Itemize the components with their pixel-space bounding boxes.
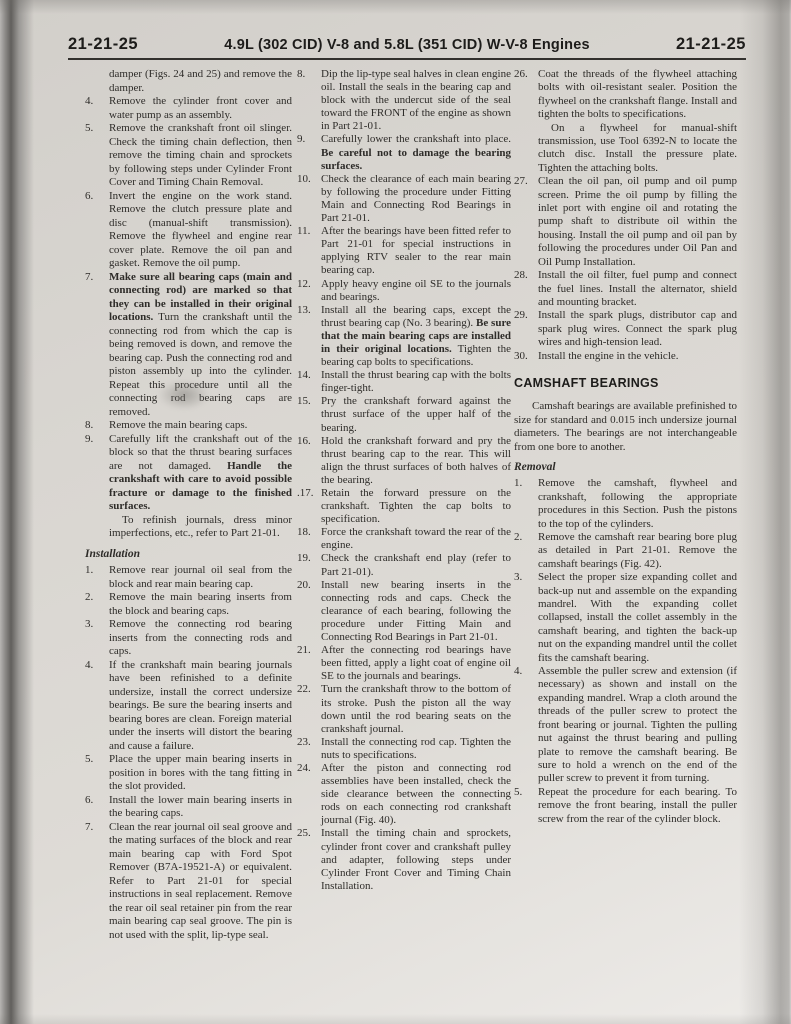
step-text-run: Install the spark plugs, distributor cap… — [538, 309, 737, 348]
numbered-step: 5.Remove the crankshaft front oil slinge… — [85, 122, 292, 190]
step-text: damper (Figs. 24 and 25) and remove the … — [109, 68, 292, 95]
step-text-run: After the connecting rod bearings have b… — [321, 644, 511, 682]
step-number: 27. — [514, 175, 538, 188]
step-text: Force the crankshaft toward the rear of … — [321, 526, 511, 552]
step-text-run: damper (Figs. 24 and 25) and remove the … — [109, 68, 292, 94]
numbered-step: 9.Carefully lower the crankshaft into pl… — [297, 133, 511, 172]
numbered-step: 16.Hold the crankshaft forward and pry t… — [297, 435, 511, 487]
step-number: 5. — [85, 122, 109, 136]
step-text: Remove the crankshaft front oil slinger.… — [109, 122, 292, 190]
step-number: 6. — [85, 190, 109, 204]
step-text: Assemble the puller screw and extension … — [538, 665, 737, 786]
step-text-run: Remove the crankshaft front oil slinger.… — [109, 122, 292, 188]
step-text: Invert the engine on the work stand. Rem… — [109, 190, 292, 271]
step-number: 14. — [297, 369, 321, 382]
step-number: 22. — [297, 683, 321, 696]
step-number: 5. — [85, 753, 109, 767]
step-number: 23. — [297, 736, 321, 749]
step-text: Remove the camshaft, flywheel and cranks… — [538, 477, 737, 531]
step-text-run: Remove the connecting rod bearing insert… — [109, 618, 292, 657]
step-text: Make sure all bearing caps (main and con… — [109, 271, 292, 420]
numbered-step: .17.Retain the forward pressure on the c… — [297, 487, 511, 526]
step-text-run: If the crankshaft main bearing journals … — [109, 659, 292, 752]
step-number: 20. — [297, 579, 321, 592]
step-text-run: Install the lower main bearing inserts i… — [109, 794, 292, 820]
numbered-step: 5.Repeat the procedure for each bearing.… — [514, 786, 737, 826]
numbered-step: 8.Dip the lip-type seal halves in clean … — [297, 68, 511, 133]
numbered-step: 12.Apply heavy engine oil SE to the jour… — [297, 278, 511, 304]
step-number: 10. — [297, 173, 321, 186]
step-text-run: Select the proper size expanding collet … — [538, 571, 737, 663]
step-text-run: Clean the rear journal oil seal groove a… — [109, 821, 292, 941]
numbered-step: 8.Remove the main bearing caps. — [85, 419, 292, 433]
subsection-heading: Removal — [514, 461, 737, 474]
step-text: Check the crankshaft end play (refer to … — [321, 552, 511, 578]
step-text: Apply heavy engine oil SE to the journal… — [321, 278, 511, 304]
step-number: 26. — [514, 68, 538, 81]
step-text-run: Hold the crankshaft forward and pry the … — [321, 435, 511, 486]
step-text-run: Install the thrust bearing cap with the … — [321, 369, 511, 394]
numbered-step: 11.After the bearings have been fitted r… — [297, 225, 511, 277]
step-text: Remove the main bearing inserts from the… — [109, 591, 292, 618]
step-number: 25. — [297, 827, 321, 840]
step-text: Remove the camshaft rear bearing bore pl… — [538, 531, 737, 571]
step-number: 9. — [85, 433, 109, 447]
numbered-step: 18.Force the crankshaft toward the rear … — [297, 526, 511, 552]
numbered-step: 20.Install new bearing inserts in the co… — [297, 579, 511, 644]
step-number: 8. — [297, 68, 321, 81]
step-text: Select the proper size expanding collet … — [538, 571, 737, 665]
step-text-run: Remove the main bearing caps. — [109, 419, 247, 431]
numbered-step: 13.Install all the bearing caps, except … — [297, 304, 511, 369]
step-text-run: Remove the cylinder front cover and wate… — [109, 95, 292, 121]
numbered-step: 22.Turn the crankshaft throw to the bott… — [297, 683, 511, 735]
step-text-run: After the piston and connecting rod asse… — [321, 762, 511, 826]
step-number: 1. — [514, 477, 538, 490]
step-number: 4. — [514, 665, 538, 678]
step-text: Repeat the procedure for each bearing. T… — [538, 786, 737, 826]
numbered-step: 6.Invert the engine on the work stand. R… — [85, 190, 292, 271]
step-number: 16. — [297, 435, 321, 448]
step-text-run: Carefully lower the crankshaft into plac… — [321, 133, 511, 145]
step-number: 11. — [297, 225, 321, 238]
text-column-right: 26.Coat the threads of the flywheel atta… — [514, 68, 737, 826]
step-number: 4. — [85, 659, 109, 673]
step-text: Retain the forward pressure on the crank… — [321, 487, 511, 526]
step-number: 4. — [85, 95, 109, 109]
continued-paragraph: damper (Figs. 24 and 25) and remove the … — [85, 68, 292, 95]
step-text-run: Remove the camshaft, flywheel and cranks… — [538, 477, 737, 529]
step-text: Install new bearing inserts in the conne… — [321, 579, 511, 644]
step-number: 19. — [297, 552, 321, 565]
numbered-step: 10.Check the clearance of each main bear… — [297, 173, 511, 225]
numbered-step: 2.Remove the main bearing inserts from t… — [85, 591, 292, 618]
step-number: 13. — [297, 304, 321, 317]
scan-edge-right — [739, 0, 791, 1024]
step-text: Install the lower main bearing inserts i… — [109, 794, 292, 821]
header-rule — [68, 58, 746, 60]
step-number: 9. — [297, 133, 321, 146]
step-number: 30. — [514, 350, 538, 363]
step-text: Remove the main bearing caps. — [109, 419, 292, 433]
step-text: Carefully lift the crankshaft out of the… — [109, 433, 292, 514]
numbered-step: 25.Install the timing chain and sprocket… — [297, 827, 511, 892]
step-text: Install the engine in the vehicle. — [538, 350, 737, 363]
step-text: After the connecting rod bearings have b… — [321, 644, 511, 683]
step-number: 12. — [297, 278, 321, 291]
numbered-step: 14.Install the thrust bearing cap with t… — [297, 369, 511, 395]
step-text-run: Retain the forward pressure on the crank… — [321, 487, 511, 525]
paragraph: To refinish journals, dress minor imperf… — [109, 514, 292, 541]
step-text-run: Dip the lip-type seal halves in clean en… — [321, 68, 511, 132]
step-text: Place the upper main bearing inserts in … — [109, 753, 292, 794]
step-text: Install the spark plugs, distributor cap… — [538, 309, 737, 349]
step-text-run: Repeat the procedure for each bearing. T… — [538, 786, 737, 825]
numbered-step: 9.Carefully lift the crankshaft out of t… — [85, 433, 292, 514]
step-text: Clean the rear journal oil seal groove a… — [109, 821, 292, 943]
step-text-run: Turn the crankshaft throw to the bottom … — [321, 683, 511, 734]
numbered-step: 19.Check the crankshaft end play (refer … — [297, 552, 511, 578]
numbered-step: 3.Remove the connecting rod bearing inse… — [85, 618, 292, 659]
step-text-run: Remove the main bearing inserts from the… — [109, 591, 292, 617]
numbered-step: 21.After the connecting rod bearings hav… — [297, 644, 511, 683]
step-text-run: After the bearings have been fitted refe… — [321, 225, 511, 276]
numbered-step: 4.Remove the cylinder front cover and wa… — [85, 95, 292, 122]
text-column-middle: 8.Dip the lip-type seal halves in clean … — [297, 68, 511, 893]
step-number: 6. — [85, 794, 109, 808]
step-text: Carefully lower the crankshaft into plac… — [321, 133, 511, 172]
step-text-run: Install the engine in the vehicle. — [538, 350, 679, 362]
step-number: 7. — [85, 271, 109, 285]
numbered-step: 3.Select the proper size expanding colle… — [514, 571, 737, 665]
step-text: Remove the cylinder front cover and wate… — [109, 95, 292, 122]
step-text: Turn the crankshaft throw to the bottom … — [321, 683, 511, 735]
numbered-step: 4.Assemble the puller screw and extensio… — [514, 665, 737, 786]
step-number: 5. — [514, 786, 538, 799]
numbered-step: 4.If the crankshaft main bearing journal… — [85, 659, 292, 754]
step-text-run: Clean the oil pan, oil pump and oil pump… — [538, 175, 737, 267]
numbered-step: 5.Place the upper main bearing inserts i… — [85, 753, 292, 794]
step-number: 8. — [85, 419, 109, 433]
numbered-step: 24.After the piston and connecting rod a… — [297, 762, 511, 827]
step-text-run: Place the upper main bearing inserts in … — [109, 753, 292, 792]
step-text-run: Remove rear journal oil seal from the bl… — [109, 564, 292, 590]
step-text-run: Force the crankshaft toward the rear of … — [321, 526, 511, 551]
step-text-run: Install the timing chain and sprockets, … — [321, 827, 511, 891]
numbered-step: 26.Coat the threads of the flywheel atta… — [514, 68, 737, 122]
step-number: .17. — [297, 487, 321, 500]
step-text-run: Remove the camshaft rear bearing bore pl… — [538, 531, 737, 570]
step-number: 2. — [514, 531, 538, 544]
step-text: After the bearings have been fitted refe… — [321, 225, 511, 277]
step-text-run: Invert the engine on the work stand. Rem… — [109, 190, 292, 270]
step-text-run: Turn the crankshaft until the connecting… — [109, 311, 292, 418]
step-text: Clean the oil pan, oil pump and oil pump… — [538, 175, 737, 269]
step-number: 29. — [514, 309, 538, 322]
step-text: Coat the threads of the flywheel attachi… — [538, 68, 737, 122]
step-text: Install the oil filter, fuel pump and co… — [538, 269, 737, 309]
step-text: Install the connecting rod cap. Tighten … — [321, 736, 511, 762]
page-number-right: 21-21-25 — [676, 35, 746, 54]
numbered-step: 15.Pry the crankshaft forward against th… — [297, 395, 511, 434]
numbered-step: 1.Remove rear journal oil seal from the … — [85, 564, 292, 591]
numbered-step: 7.Clean the rear journal oil seal groove… — [85, 821, 292, 943]
step-text-run: Coat the threads of the flywheel attachi… — [538, 68, 737, 120]
numbered-step: 30.Install the engine in the vehicle. — [514, 350, 737, 363]
step-text: Install all the bearing caps, except the… — [321, 304, 511, 369]
step-text-run: Install the connecting rod cap. Tighten … — [321, 736, 511, 761]
step-number: 7. — [85, 821, 109, 835]
step-number: 1. — [85, 564, 109, 578]
step-text-run: Install the oil filter, fuel pump and co… — [538, 269, 737, 308]
numbered-step: 28.Install the oil filter, fuel pump and… — [514, 269, 737, 309]
paragraph: On a flywheel for manual-shift transmiss… — [538, 122, 737, 176]
step-text-run: Install new bearing inserts in the conne… — [321, 579, 511, 643]
step-number: 2. — [85, 591, 109, 605]
scan-edge-bottom — [0, 1014, 791, 1024]
step-text: Install the timing chain and sprockets, … — [321, 827, 511, 892]
step-text-bold-run: Be careful not to damage the bearing sur… — [321, 147, 511, 172]
step-number: 21. — [297, 644, 321, 657]
numbered-step: 6.Install the lower main bearing inserts… — [85, 794, 292, 821]
numbered-step: 27.Clean the oil pan, oil pump and oil p… — [514, 175, 737, 269]
section-heading: CAMSHAFT BEARINGS — [514, 377, 737, 390]
page-number-left: 21-21-25 — [68, 35, 138, 54]
step-text: If the crankshaft main bearing journals … — [109, 659, 292, 754]
step-text: Pry the crankshaft forward against the t… — [321, 395, 511, 434]
page-title: 4.9L (302 CID) V-8 and 5.8L (351 CID) W-… — [138, 37, 676, 54]
step-text: Check the clearance of each main bearing… — [321, 173, 511, 225]
scan-edge-left — [0, 0, 34, 1024]
step-number: 18. — [297, 526, 321, 539]
step-text: Remove rear journal oil seal from the bl… — [109, 564, 292, 591]
scanned-manual-page: 21-21-25 4.9L (302 CID) V-8 and 5.8L (35… — [0, 0, 791, 1024]
step-text-run: Apply heavy engine oil SE to the journal… — [321, 278, 511, 303]
step-text-run: Assemble the puller screw and extension … — [538, 665, 737, 784]
step-number: 28. — [514, 269, 538, 282]
step-text: Dip the lip-type seal halves in clean en… — [321, 68, 511, 133]
step-number: 3. — [85, 618, 109, 632]
page-header: 21-21-25 4.9L (302 CID) V-8 and 5.8L (35… — [68, 28, 746, 54]
step-text-run: Check the crankshaft end play (refer to … — [321, 552, 511, 577]
step-text: Remove the connecting rod bearing insert… — [109, 618, 292, 659]
numbered-step: 29.Install the spark plugs, distributor … — [514, 309, 737, 349]
step-number: 24. — [297, 762, 321, 775]
numbered-step: 2.Remove the camshaft rear bearing bore … — [514, 531, 737, 571]
step-text: After the piston and connecting rod asse… — [321, 762, 511, 827]
step-text-run: Pry the crankshaft forward against the t… — [321, 395, 511, 433]
numbered-step: 1.Remove the camshaft, flywheel and cran… — [514, 477, 737, 531]
paragraph: Camshaft bearings are available prefinis… — [514, 400, 737, 454]
text-column-left: damper (Figs. 24 and 25) and remove the … — [85, 68, 292, 942]
numbered-step: 7.Make sure all bearing caps (main and c… — [85, 271, 292, 420]
step-text: Hold the crankshaft forward and pry the … — [321, 435, 511, 487]
step-number: 3. — [514, 571, 538, 584]
step-number: 15. — [297, 395, 321, 408]
step-text: Install the thrust bearing cap with the … — [321, 369, 511, 395]
numbered-step: 23.Install the connecting rod cap. Tight… — [297, 736, 511, 762]
step-text-run: Check the clearance of each main bearing… — [321, 173, 511, 224]
scan-edge-top — [0, 0, 791, 14]
subsection-heading: Installation — [85, 548, 292, 562]
